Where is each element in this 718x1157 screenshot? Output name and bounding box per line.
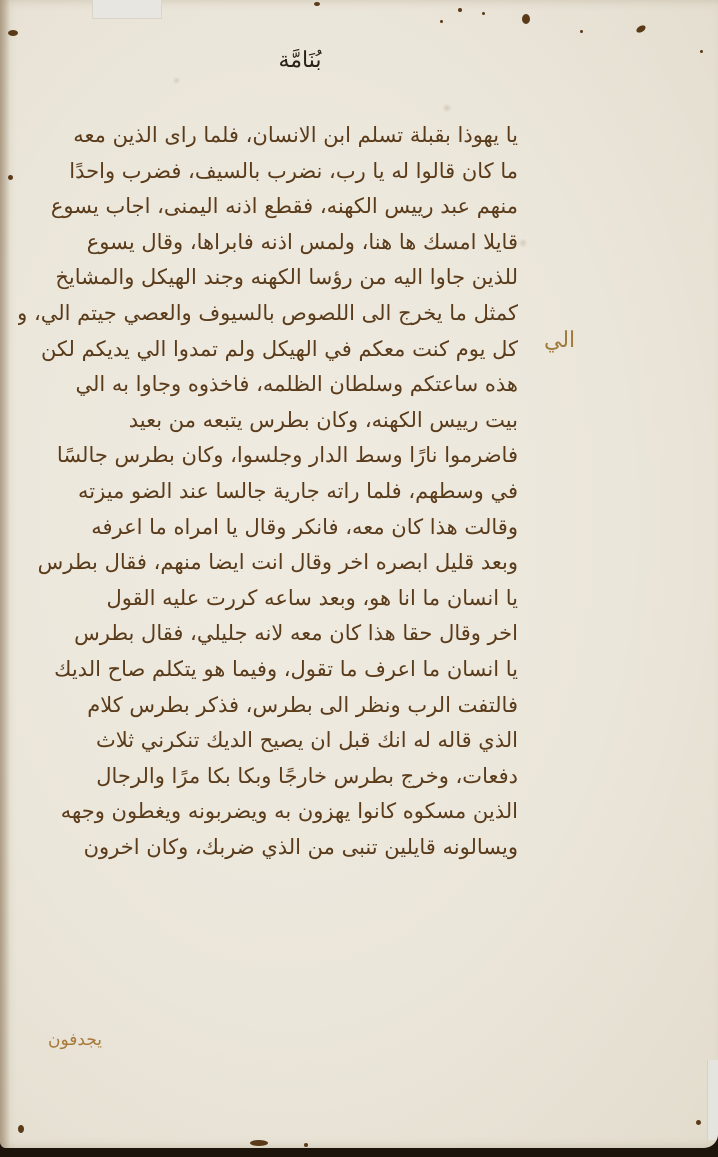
text-line: يا انسان ما انا هو، وبعد ساعه كررت عليه … bbox=[18, 581, 518, 617]
page-header-word: بُنَامَّة bbox=[270, 48, 330, 73]
catchword: يجدفون bbox=[48, 1030, 102, 1050]
wormhole bbox=[482, 12, 485, 15]
text-line: ويسالونه قايلين تنبى من الذي ضربك، وكان … bbox=[18, 830, 518, 866]
wormhole bbox=[314, 2, 320, 6]
text-line: في وسطهم، فلما راته جارية جالسا عند الضو… bbox=[18, 474, 518, 510]
text-line: يا يهوذا بقبلة تسلم ابن الانسان، فلما را… bbox=[18, 118, 518, 154]
wormhole bbox=[635, 24, 647, 34]
wormhole bbox=[304, 1143, 308, 1147]
text-line: فالتفت الرب ونظر الى بطرس، فذكر بطرس كلا… bbox=[18, 688, 518, 724]
text-line: وقالت هذا كان معه، فانكر وقال يا امراه م… bbox=[18, 510, 518, 546]
text-line: منهم عبد رييس الكهنه، فقطع اذنه اليمنى، … bbox=[18, 189, 518, 225]
wormhole bbox=[8, 175, 13, 180]
wormhole bbox=[522, 14, 530, 24]
manuscript-text: يا يهوذا بقبلة تسلم ابن الانسان، فلما را… bbox=[18, 118, 518, 865]
text-line: يا انسان ما اعرف ما تقول، وفيما هو يتكلم… bbox=[18, 652, 518, 688]
text-line: الذين مسكوه كانوا يهزون به ويضربونه ويغط… bbox=[18, 794, 518, 830]
wormhole bbox=[458, 8, 462, 12]
text-line: هذه ساعتكم وسلطان الظلمه، فاخذوه وجاوا ب… bbox=[18, 367, 518, 403]
manuscript-page: بُنَامَّة يا يهوذا بقبلة تسلم ابن الانسا… bbox=[0, 0, 718, 1148]
margin-note: الي bbox=[544, 328, 575, 353]
text-line: كل يوم كنت معكم في الهيكل ولم تمدوا الي … bbox=[18, 332, 518, 368]
text-line: اخر وقال حقا هذا كان معه لانه جليلي، فقا… bbox=[18, 616, 518, 652]
wormhole bbox=[18, 1125, 24, 1133]
text-line: فاضرموا نارًا وسط الدار وجلسوا، وكان بطر… bbox=[18, 438, 518, 474]
wormhole bbox=[440, 20, 443, 23]
binding-shadow bbox=[0, 0, 10, 1148]
stain bbox=[520, 240, 526, 246]
text-line: للذين جاوا اليه من رؤسا الكهنه وجند الهي… bbox=[18, 260, 518, 296]
text-line: قايلا امسك ها هنا، ولمس اذنه فابراها، وق… bbox=[18, 225, 518, 261]
wormhole bbox=[250, 1140, 268, 1146]
wormhole bbox=[696, 1120, 701, 1125]
text-line: الذي قاله له انك قبل ان يصيح الديك تنكرن… bbox=[18, 723, 518, 759]
text-line: وبعد قليل ابصره اخر وقال انت ايضا منهم، … bbox=[18, 545, 518, 581]
wormhole bbox=[700, 50, 703, 53]
wormhole bbox=[8, 30, 18, 36]
stain bbox=[444, 105, 450, 111]
conservation-tab-right bbox=[707, 1060, 718, 1140]
text-line: دفعات، وخرج بطرس خارجًا وبكا بكا مرًا وا… bbox=[18, 759, 518, 795]
text-line: كمثل ما يخرج الى اللصوص بالسيوف والعصي ج… bbox=[18, 296, 518, 332]
stain bbox=[174, 78, 179, 83]
conservation-tab-top bbox=[92, 0, 162, 19]
text-line: ما كان قالوا له يا رب، نضرب بالسيف، فضرب… bbox=[18, 154, 518, 190]
wormhole bbox=[580, 30, 583, 33]
text-line: بيت رييس الكهنه، وكان بطرس يتبعه من بعيد bbox=[18, 403, 518, 439]
